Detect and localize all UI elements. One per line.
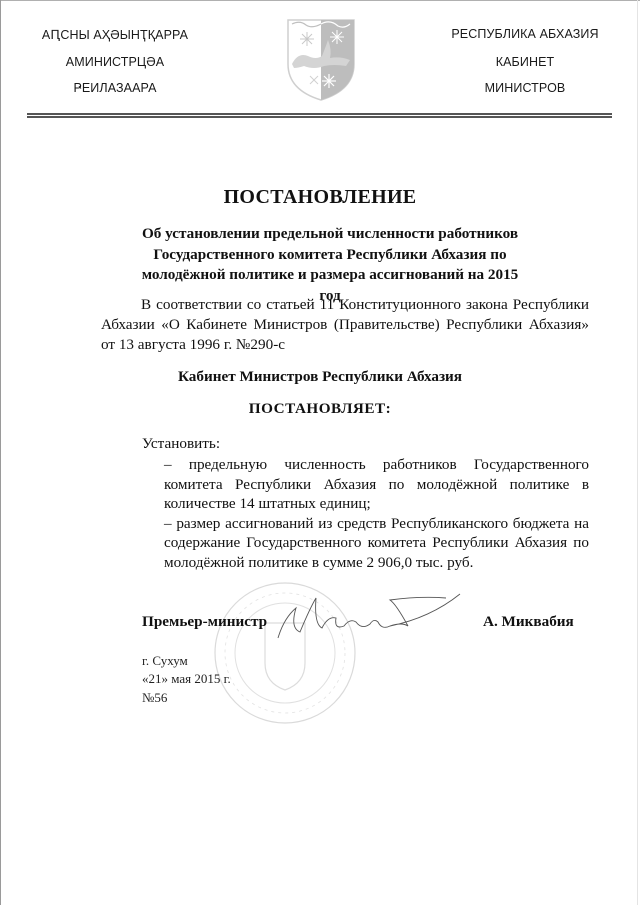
header-rule-bottom xyxy=(27,116,612,118)
date: «21» мая 2015 г. xyxy=(142,671,231,687)
decrees-heading: ПОСТАНОВЛЯЕТ: xyxy=(0,400,640,418)
header-rule-top xyxy=(27,113,612,115)
header-left-line2: АМИНИСТРЦӘА xyxy=(0,55,230,69)
subject-line: Государственного комитета Республики Абх… xyxy=(130,245,530,266)
header-left-line1: АԤСНЫ АҲӘЫНҬҚАРРА xyxy=(0,27,230,42)
header-left-line3: ҎЕИЛАЗААРА xyxy=(0,81,230,95)
header-right-line1: РЕСПУБЛИКА АБХАЗИЯ xyxy=(410,27,640,41)
decree-item: – размер ассигнований из средств Республ… xyxy=(164,514,589,573)
place: г. Сухум xyxy=(142,653,188,669)
decree-item: – предельную численность работников Госу… xyxy=(164,455,589,514)
page-border-right xyxy=(637,0,638,905)
document-number: №56 xyxy=(142,690,167,706)
page-border-left xyxy=(0,0,1,905)
issuer-heading: Кабинет Министров Республики Абхазия xyxy=(0,368,640,386)
establish-label: Установить: xyxy=(142,435,220,453)
signatory-name: А. Миквабия xyxy=(483,613,574,631)
coat-of-arms-icon xyxy=(284,16,358,102)
signatory-role: Премьер-министр xyxy=(142,613,267,631)
decree-items: – предельную численность работников Госу… xyxy=(164,455,589,572)
subject-line: Об установлении предельной численности р… xyxy=(130,224,530,245)
preamble-text: В соответствии со статьей 11 Конституцио… xyxy=(101,296,589,353)
header-right-line3: МИНИСТРОВ xyxy=(410,81,640,95)
page-border-top xyxy=(0,0,640,1)
preamble-paragraph: В соответствии со статьей 11 Конституцио… xyxy=(101,295,589,355)
document-subject: Об установлении предельной численности р… xyxy=(130,224,530,306)
signature-icon xyxy=(270,588,470,648)
document-title: ПОСТАНОВЛЕНИЕ xyxy=(0,186,640,209)
header-right-line2: КАБИНЕТ xyxy=(410,55,640,69)
